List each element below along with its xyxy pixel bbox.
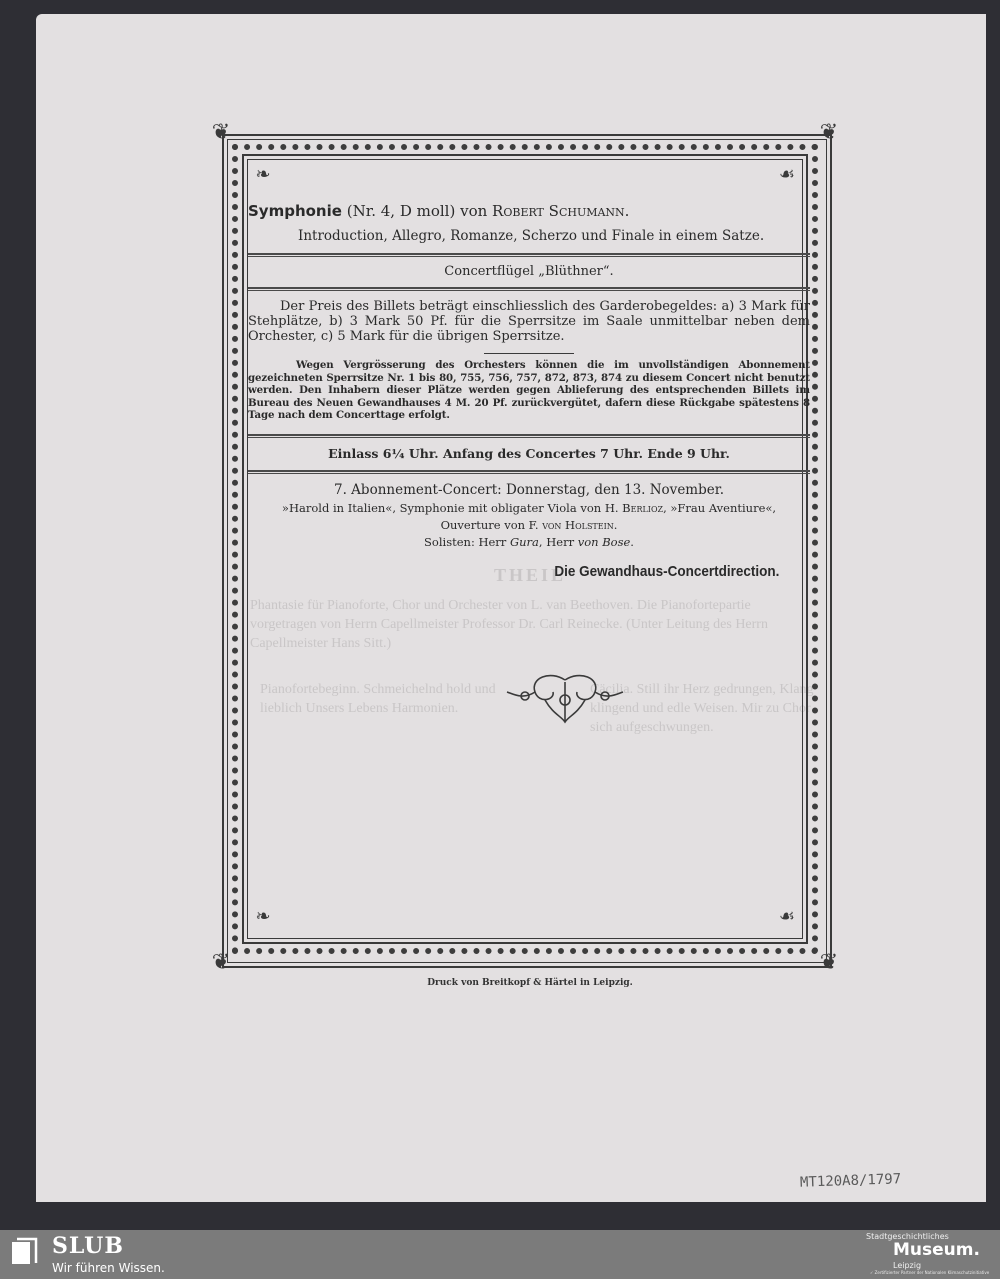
vignette-ornament-icon [505,670,625,730]
signature: Die Gewandhaus-Concertdirection. [304,563,810,580]
next-concert-line-2: Ouverture von F. von Holstein. [248,517,810,534]
work-title: Symphonie [248,202,342,220]
corner-ornament-icon: ❦ [210,122,232,144]
program-text: , »Frau Aventiure«, [663,501,776,515]
next-concert-heading: 7. Abonnement-Concert: Donnerstag, den 1… [248,480,810,500]
composer-name: Robert Schumann. [492,202,629,220]
inner-corner-flourish-icon: ☙ [776,906,798,928]
price-notice: Der Preis des Billets beträgt einschlies… [248,299,810,344]
program-text: . [630,535,634,549]
work-details: (Nr. 4, D moll) von [347,202,488,220]
slub-logo-text[interactable]: SLUB [52,1233,124,1259]
soloists: Solisten: Herr Gura, Herr von Bose. [248,534,810,551]
divider [248,470,810,474]
corner-ornament-icon: ❦ [210,952,232,974]
divider [248,253,810,257]
printer-imprint: Druck von Breitkopf & Härtel in Leipzig. [400,978,660,988]
soloist-name: Gura [510,535,539,549]
soloist-name: von Bose [578,535,631,549]
inner-corner-flourish-icon: ❧ [252,164,274,186]
short-divider [484,353,574,354]
program-text: , Herr [539,535,574,549]
inner-corner-flourish-icon: ❧ [252,906,274,928]
program-text: . [614,518,618,532]
museum-certification: ✓ Zertifizierter Partner der Nationalen … [870,1270,989,1275]
museum-city: Leipzig [893,1261,921,1270]
concert-times: Einlass 6¼ Uhr. Anfang des Concertes 7 U… [248,444,810,464]
divider [248,287,810,291]
program-content: Symphonie (Nr. 4, D moll) von Robert Sch… [248,200,810,580]
next-concert-line-1: »Harold in Italien«, Symphonie mit oblig… [248,500,810,517]
divider [248,434,810,438]
composer-name: Berlioz [622,501,663,515]
footer-bar: SLUB Wir führen Wissen. Stadtgeschichtli… [0,1230,1000,1279]
program-title: Symphonie (Nr. 4, D moll) von Robert Sch… [248,200,810,222]
piano-note: Concertflügel „Blüthner“. [248,263,810,281]
inner-corner-flourish-icon: ☙ [776,164,798,186]
program-text: Ouverture von F. [441,518,539,532]
corner-ornament-icon: ❦ [818,952,840,974]
slub-book-icon [12,1237,38,1265]
program-text: »Harold in Italien«, Symphonie mit oblig… [282,501,619,515]
corner-ornament-icon: ❦ [818,122,840,144]
museum-logo-text[interactable]: Museum. [893,1240,980,1260]
slub-tagline: Wir führen Wissen. [52,1261,165,1275]
next-concert-program: »Harold in Italien«, Symphonie mit oblig… [248,500,810,551]
composer-name: von Holstein [542,518,614,532]
movements: Introduction, Allegro, Romanze, Scherzo … [248,225,810,247]
soloists-label: Solisten: Herr [424,535,506,549]
seat-notice: Wegen Vergrösserung des Orchesters könne… [248,359,810,422]
